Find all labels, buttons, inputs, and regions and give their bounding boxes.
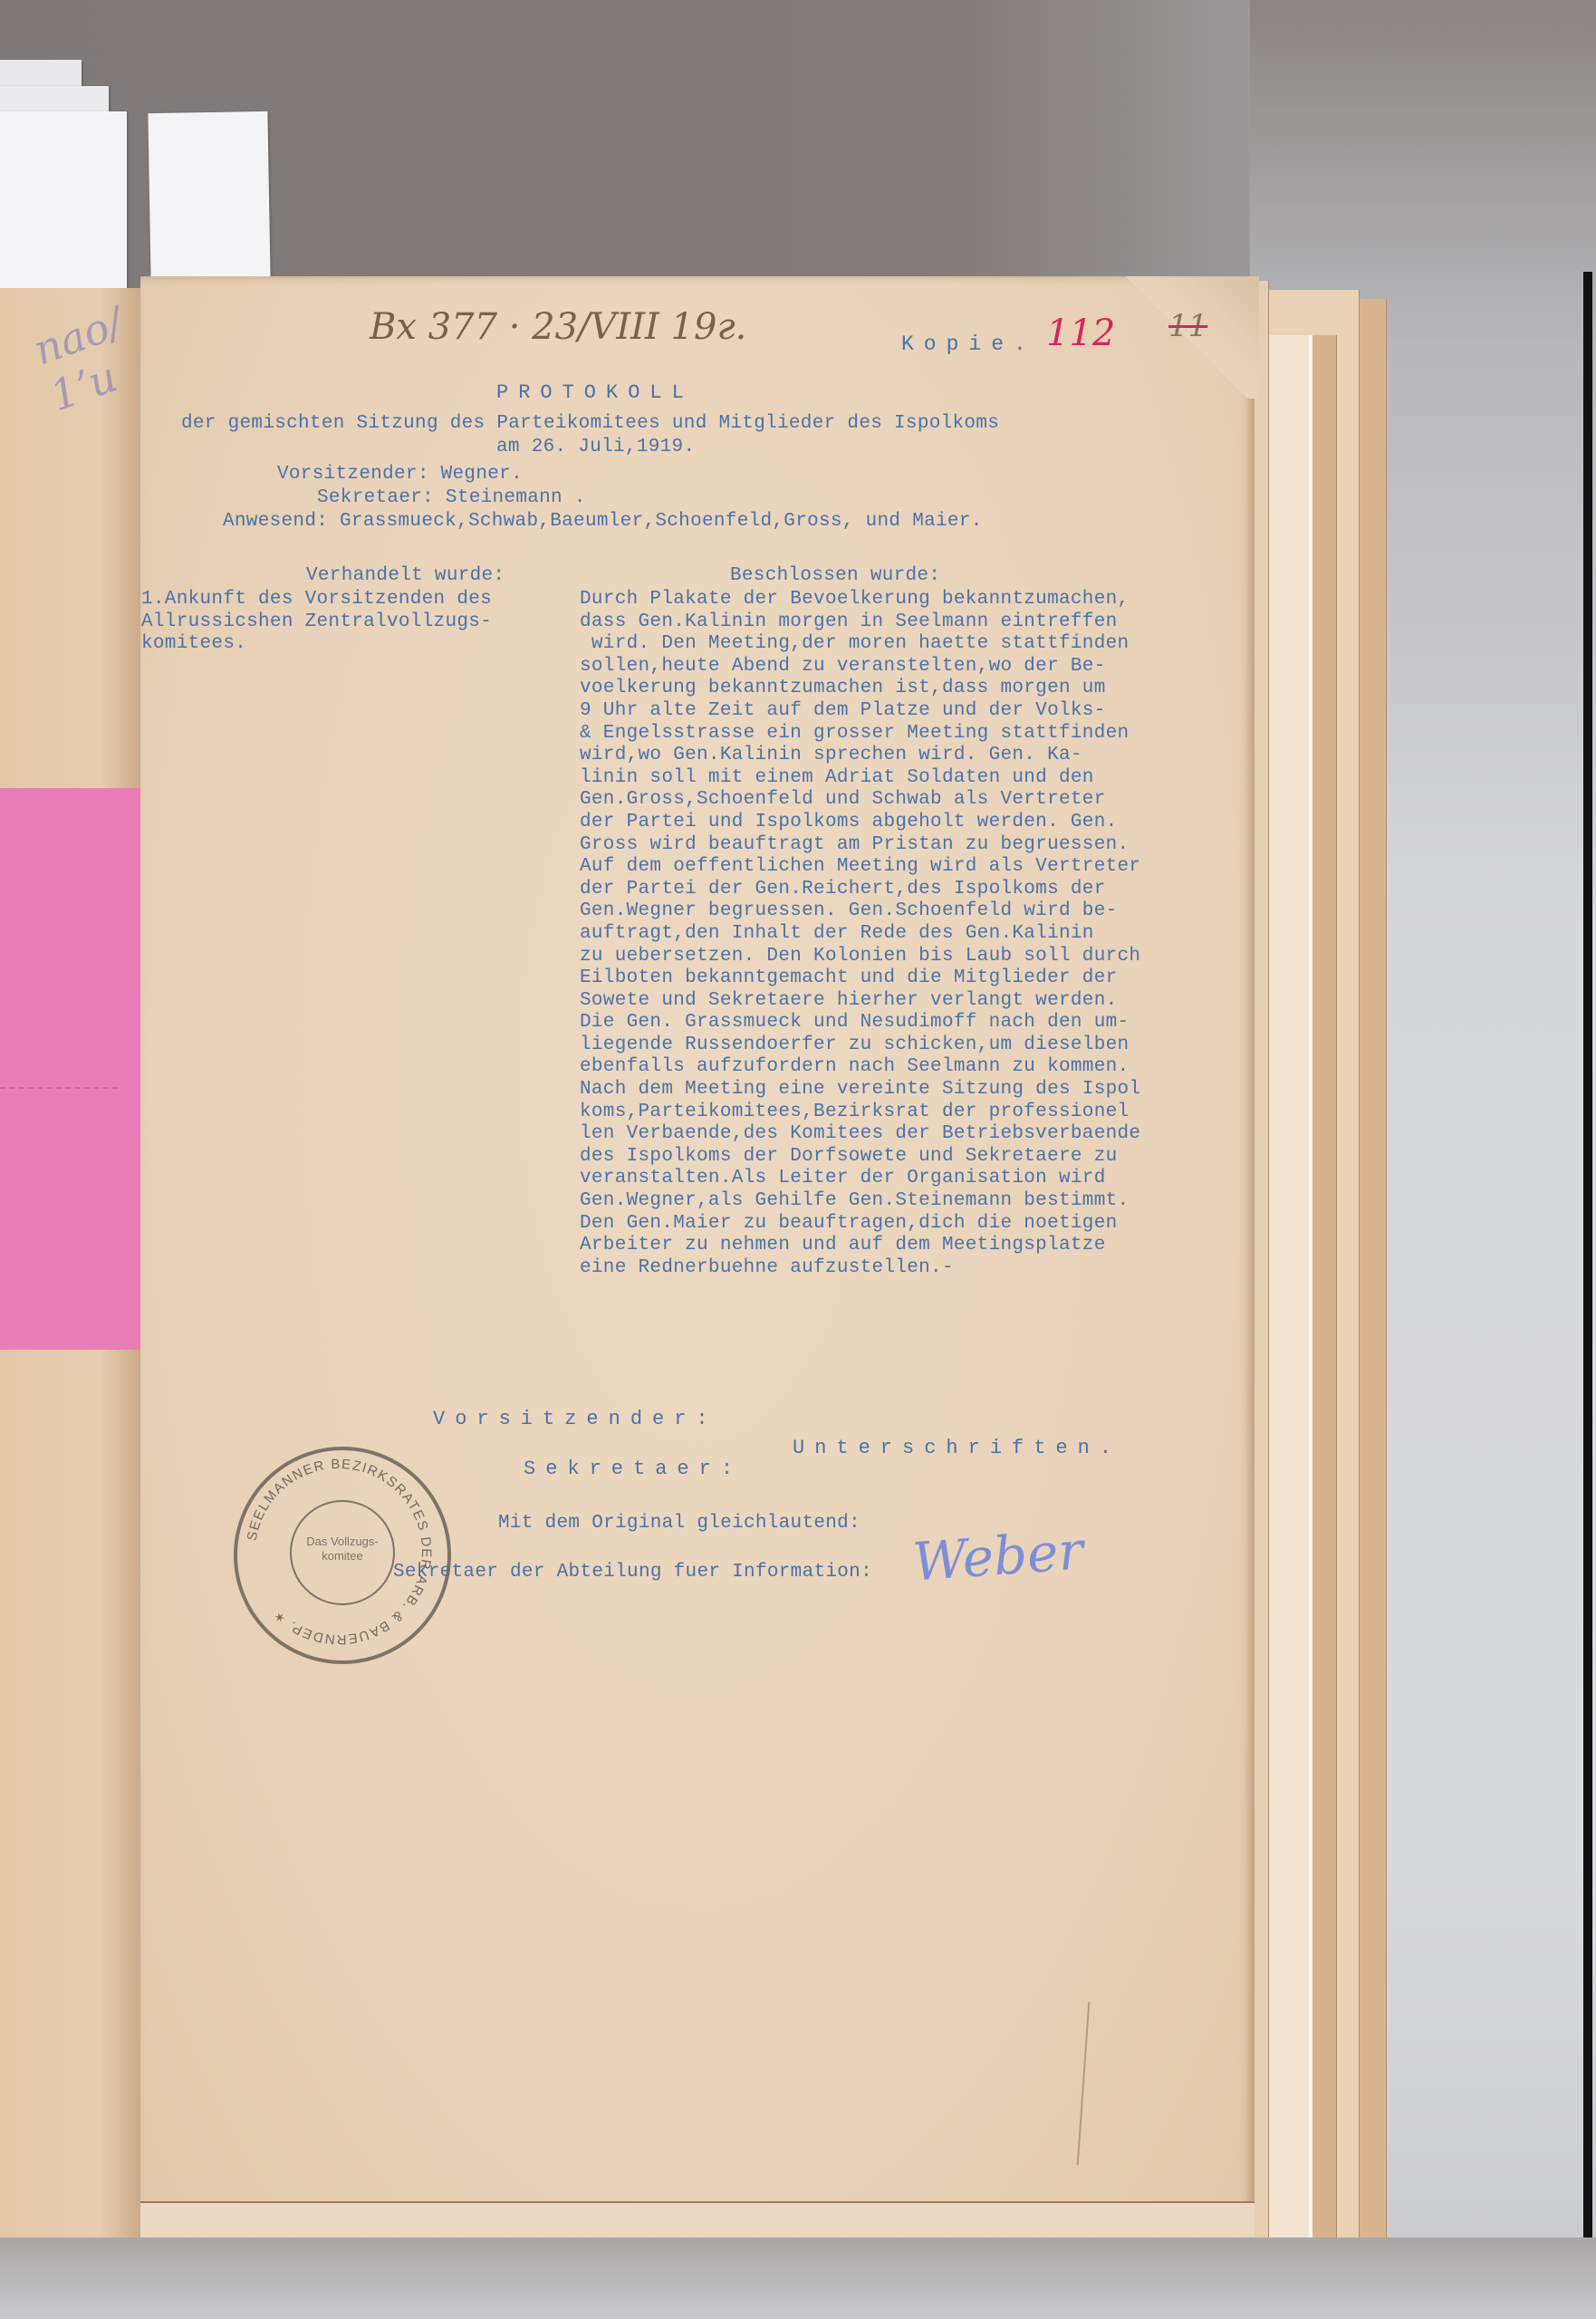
chair: Vorsitzender: Wegner.: [277, 464, 523, 486]
stamp-inner-circle: Das Vollzugs-komitee: [290, 1500, 395, 1605]
background-bottom: [0, 2237, 1596, 2319]
resolved-line: der Partei und Ispolkoms abgeholt werden…: [580, 812, 1140, 834]
resolved-line: linin soll mit einem Adriat Soldaten und…: [580, 767, 1140, 790]
resolved-line: & Engelsstrasse ein grosser Meeting stat…: [580, 723, 1140, 746]
resolved-line: Gross wird beauftragt am Pristan zu begr…: [580, 834, 1140, 857]
resolved-line: der Partei der Gen.Reichert,des Ispolkom…: [580, 879, 1140, 901]
resolved-line: len Verbaende,des Komitees der Betriebsv…: [580, 1123, 1140, 1146]
resolved-line: Durch Plakate der Bevoelkerung bekanntzu…: [580, 589, 1140, 611]
resolved-line: sollen,heute Abend zu veranstelten,wo de…: [580, 656, 1140, 678]
resolved-line: Die Gen. Grassmueck und Nesudimoff nach …: [580, 1012, 1140, 1034]
resolved-line: Arbeiter zu nehmen und auf dem Meetingsp…: [580, 1235, 1140, 1257]
resolved-heading: Beschlossen wurde:: [730, 565, 940, 588]
resolved-line: liegende Russendoerfer zu schicken,um di…: [580, 1034, 1140, 1057]
discussed-line: 1.Ankunft des Vorsitzenden des: [141, 589, 492, 611]
meeting-date: am 26. Juli,1919.: [496, 437, 695, 459]
archive-reference: Bx 377 · 23/VIII 19г.: [370, 306, 746, 348]
resolved-line: dass Gen.Kalinin morgen in Seelmann eint…: [580, 611, 1140, 634]
scanner-edge: [1583, 272, 1592, 2292]
discussed-heading: Verhandelt wurde:: [306, 565, 505, 588]
signatures-label: Unterschriften.: [793, 1438, 1121, 1460]
certified-copy-label: Mit dem Original gleichlautend:: [498, 1513, 860, 1535]
secretary-signature-label: Sekretaer:: [524, 1458, 743, 1481]
stamp-center-text: Das Vollzugs-komitee: [292, 1535, 393, 1564]
resolved-line: Gen.Wegner begruessen. Gen.Schoenfeld wi…: [580, 900, 1140, 923]
copy-label: Kopie.: [901, 333, 1036, 356]
discussed-line: komitees.: [141, 633, 492, 656]
resolved-line: Den Gen.Maier zu beauftragen,dich die no…: [580, 1213, 1140, 1236]
resolved-line: zu uebersetzen. Den Kolonien bis Laub so…: [580, 946, 1140, 968]
resolved-line: wird. Den Meeting,der moren haette statt…: [580, 633, 1140, 656]
resolved-line: auftragt,den Inhalt der Rede des Gen.Kal…: [580, 923, 1140, 946]
official-stamp: SEELMANNER BEZIRKSRATES DER ARB. & BAUER…: [234, 1447, 451, 1664]
attendees-present: Anwesend: Grassmueck,Schwab,Baeumler,Sch…: [223, 511, 983, 534]
page-title: PROTOKOLL: [496, 382, 694, 405]
resolved-line: Gen.Gross,Schoenfeld und Schwab als Vert…: [580, 789, 1140, 812]
page-subtitle: der gemischten Sitzung des Parteikomitee…: [181, 413, 999, 436]
resolved-line: Gen.Wegner,als Gehilfe Gen.Steinemann be…: [580, 1190, 1140, 1213]
folio-crossed: 11: [1168, 308, 1207, 344]
resolved-line: Sowete und Sekretaere hierher verlangt w…: [580, 990, 1140, 1013]
index-tab: [0, 111, 127, 293]
pink-note-perforation: [0, 1087, 118, 1089]
resolved-line: voelkerung bekanntzumachen ist,dass morg…: [580, 678, 1140, 700]
secretary: Sekretaer: Steinemann .: [317, 487, 586, 510]
info-secretary-label: Sekretaer der Abteilung fuer Information…: [393, 1562, 872, 1584]
resolved-line: veranstalten.Als Leiter der Organisation…: [580, 1168, 1140, 1190]
discussed-line: Allrussicshen Zentralvollzugs-: [141, 611, 492, 634]
resolved-line: eine Rednerbuehne aufzustellen.-: [580, 1257, 1140, 1280]
resolved-line: 9 Uhr alte Zeit auf dem Platze und der V…: [580, 700, 1140, 723]
resolved-line: wird,wo Gen.Kalinin sprechen wird. Gen. …: [580, 745, 1140, 767]
resolved-line: ebenfalls aufzufordern nach Seelmann zu …: [580, 1056, 1140, 1079]
index-tab: [148, 111, 270, 281]
resolved-line: koms,Parteikomitees,Bezirksrat der profe…: [580, 1102, 1140, 1124]
folio-number: 112: [1046, 313, 1115, 354]
chair-signature-label: Vorsitzender:: [433, 1409, 718, 1431]
handwritten-signature: Weber: [910, 1513, 1190, 1659]
discussed-list: 1.Ankunft des Vorsitzenden des Allrussic…: [141, 589, 492, 656]
pink-sticky-note: [0, 788, 140, 1350]
resolved-line: Eilboten bekanntgemacht und die Mitglied…: [580, 967, 1140, 990]
resolved-line: Nach dem Meeting eine vereinte Sitzung d…: [580, 1079, 1140, 1102]
resolved-body: Durch Plakate der Bevoelkerung bekanntzu…: [580, 589, 1140, 1279]
resolved-line: des Ispolkoms der Dorfsowete und Sekreta…: [580, 1146, 1140, 1169]
resolved-line: Auf dem oeffentlichen Meeting wird als V…: [580, 856, 1140, 879]
